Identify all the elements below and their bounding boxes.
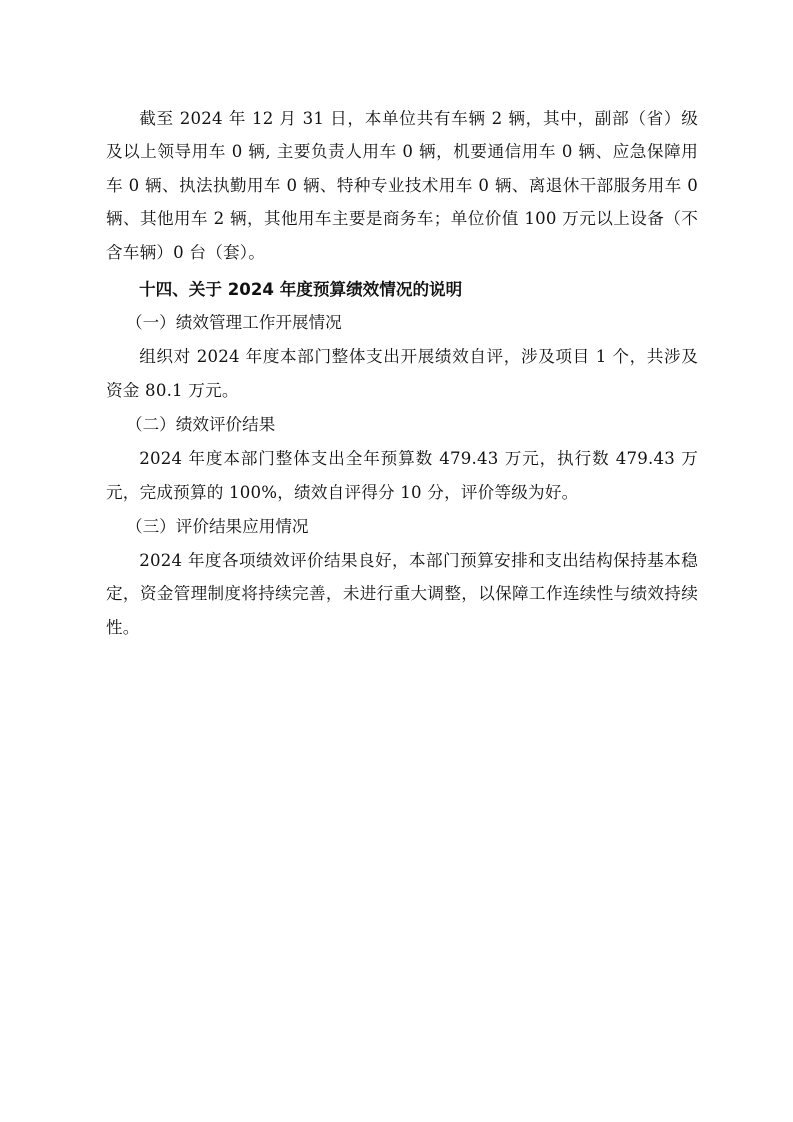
results-application-paragraph: 2024 年度各项绩效评价结果良好，本部门预算安排和支出结构保持基本稳定，资金管… xyxy=(106,544,698,644)
vehicles-paragraph: 截至 2024 年 12 月 31 日，本单位共有车辆 2 辆，其中，副部（省）… xyxy=(106,102,698,269)
document-page: 截至 2024 年 12 月 31 日，本单位共有车辆 2 辆，其中，副部（省）… xyxy=(106,102,698,644)
subheading-performance-management: （一）绩效管理工作开展情况 xyxy=(106,306,698,340)
subheading-evaluation-results: （二）绩效评价结果 xyxy=(106,408,698,442)
subheading-results-application: （三）评价结果应用情况 xyxy=(106,510,698,544)
performance-management-paragraph: 组织对 2024 年度本部门整体支出开展绩效自评，涉及项目 1 个，共涉及资金 … xyxy=(106,340,698,407)
section-heading-14: 十四、关于 2024 年度预算绩效情况的说明 xyxy=(106,273,698,306)
evaluation-results-paragraph: 2024 年度本部门整体支出全年预算数 479.43 万元，执行数 479.43… xyxy=(106,442,698,509)
